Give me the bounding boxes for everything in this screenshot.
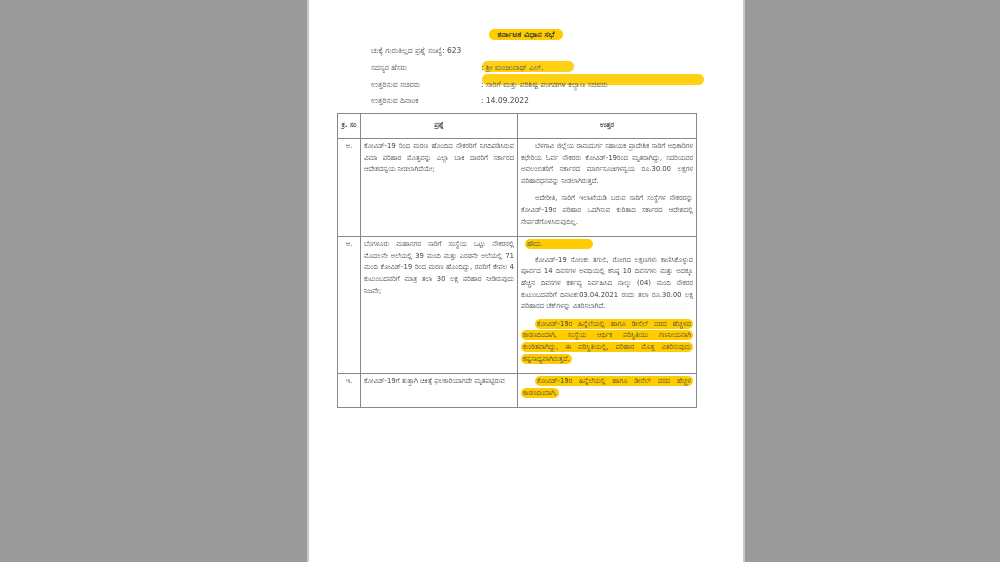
table-row: ಇ. ಕೋವಿಡ್-19ಗೆ ತುತ್ತಾಗಿ ಚಿಕಿತ್ಸೆ ಫಲಕಾರಿಯ…: [338, 374, 697, 408]
answer-highlight: ಕೋವಿಡ್-19ರ ಹಿನ್ನೆಲೆಯಲ್ಲಿ ಹಾಗೂ ಡೀಸೆಲ್ ದರದ…: [521, 376, 693, 398]
table-row: ಅ. ಕೋವಿಡ್-19 ರಿಂದ ಮರಣ ಹೊಂದಿದ ನೌಕರರಿಗೆ ನಿ…: [338, 139, 697, 237]
document-page: ಕರ್ನಾಟಕ ವಿಧಾನ ಸಭೆ ಚುಕ್ಕೆ ಗುರುತಿಲ್ಲದ ಪ್ರಶ…: [309, 0, 743, 562]
row-answer: ಹೌದು. ಕೋವಿಡ್-19 ಸೋಂಕು ತಗುಲಿ, ರೋಗದ ಲಕ್ಷಣಗ…: [518, 237, 697, 374]
row-answer: ಕೋವಿಡ್-19ರ ಹಿನ್ನೆಲೆಯಲ್ಲಿ ಹಾಗೂ ಡೀಸೆಲ್ ದರದ…: [518, 374, 697, 408]
row-answer: ಬೆಳಗಾವಿ ಜಿಲ್ಲೆಯ ರಾಮದುರ್ಗ ಸಹಾಯಕ ಪ್ರಾದೇಶಿಕ…: [518, 139, 697, 237]
row-serial: ಅ.: [338, 139, 361, 237]
row-question: ಕೋವಿಡ್-19ಗೆ ತುತ್ತಾಗಿ ಚಿಕಿತ್ಸೆ ಫಲಕಾರಿಯಾಗದ…: [361, 374, 518, 408]
col-header-question: ಪ್ರಶ್ನೆ: [361, 114, 518, 139]
answer-paragraph: ಕೋವಿಡ್-19 ಸೋಂಕು ತಗುಲಿ, ರೋಗದ ಲಕ್ಷಣಗಳು ಕಾಣ…: [521, 255, 693, 313]
meta-member-name: ಸದಸ್ಯರ ಹೆಸರು: ಶ್ರೀ ಮಂಜುನಾಥ್ ಎಲ್.: [371, 63, 544, 73]
meta-minister: ಉತ್ತರಿಸುವ ಸಚಿವರು: ಸಾರಿಗೆ ಮತ್ತು ಪರಿಶಿಷ್ಟ …: [371, 80, 608, 90]
answer-paragraph: ಬೆಳಗಾವಿ ಜಿಲ್ಲೆಯ ರಾಮದುರ್ಗ ಸಹಾಯಕ ಪ್ರಾದೇಶಿಕ…: [521, 141, 693, 187]
table-row: ಆ. ಬೆಂಗಳೂರು ಮಹಾನಗರ ಸಾರಿಗೆ ಸಂಸ್ಥೆಯ ಒಟ್ಟು …: [338, 237, 697, 374]
row-serial: ಇ.: [338, 374, 361, 408]
col-header-serial: ಕ್ರ. ಸಂ: [338, 114, 361, 139]
row-question: ಬೆಂಗಳೂರು ಮಹಾನಗರ ಸಾರಿಗೆ ಸಂಸ್ಥೆಯ ಒಟ್ಟು ನೌಕ…: [361, 237, 518, 374]
document-heading: ಕರ್ನಾಟಕ ವಿಧಾನ ಸಭೆ: [309, 30, 743, 40]
answer-paragraph: ಅದೇರೀತಿ, ಸಾರಿಗೆ ಇಲಾಖೆಯಡಿ ಬರುವ ಸಾರಿಗೆ ಸಂಸ…: [521, 193, 693, 228]
answer-highlight: ಕೋವಿಡ್-19ರ ಹಿನ್ನೆಲೆಯಲ್ಲಿ ಹಾಗೂ ಡೀಸೆಲ್ ದರದ…: [521, 319, 693, 364]
col-header-answer: ಉತ್ತರ: [518, 114, 697, 139]
row-question: ಕೋವಿಡ್-19 ರಿಂದ ಮರಣ ಹೊಂದಿದ ನೌಕರರಿಗೆ ನಿಗದಿ…: [361, 139, 518, 237]
qa-table: ಕ್ರ. ಸಂ ಪ್ರಶ್ನೆ ಉತ್ತರ ಅ. ಕೋವಿಡ್-19 ರಿಂದ …: [337, 113, 697, 408]
meta-date: ಉತ್ತರಿಸುವ ದಿನಾಂಕ: 14.09.2022: [371, 96, 529, 106]
row-serial: ಆ.: [338, 237, 361, 374]
meta-question-no: ಚುಕ್ಕೆ ಗುರುತಿಲ್ಲದ ಪ್ರಶ್ನೆ ಸಂಖ್ಯೆ: 623: [371, 46, 461, 56]
table-header-row: ಕ್ರ. ಸಂ ಪ್ರಶ್ನೆ ಉತ್ತರ: [338, 114, 697, 139]
answer-highlight-yes: ಹೌದು.: [525, 239, 593, 249]
